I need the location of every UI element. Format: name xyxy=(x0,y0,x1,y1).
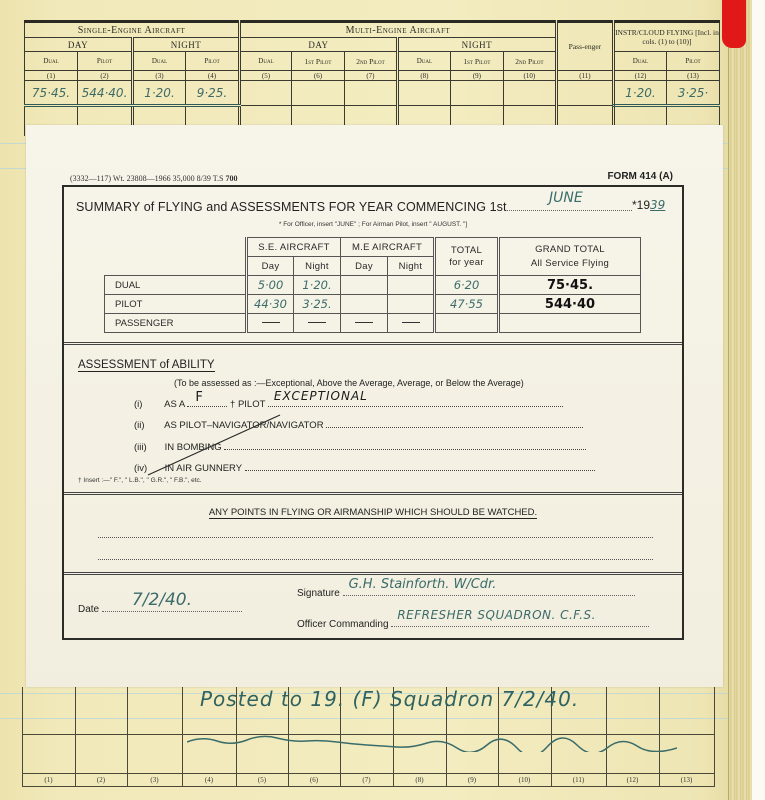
col-header: Pilot xyxy=(666,52,719,71)
row-label: PILOT xyxy=(105,295,247,314)
header-me-aircraft: M.E AIRCRAFT xyxy=(341,238,435,257)
col-number: (8) xyxy=(397,71,450,81)
me-night-value xyxy=(388,295,435,314)
col-number: (5) xyxy=(236,776,288,784)
header-instr-cloud: INSTR/CLOUD FLYING [Incl. in cols. (1) t… xyxy=(613,22,719,52)
row-label: DUAL xyxy=(105,276,247,295)
points-line xyxy=(98,559,653,560)
assessment-item-pilot: (i) AS A F † PILOT EXCEPTIONAL xyxy=(134,397,624,410)
col-number: (10) xyxy=(503,71,556,81)
se-day-value: 5·00 xyxy=(247,276,294,295)
total-value: 47·55 xyxy=(435,295,499,314)
header-me-day: DAY xyxy=(239,38,397,52)
col-header: Dual xyxy=(613,52,666,71)
col-header: 1st Pilot xyxy=(450,52,503,71)
col-header: Pilot xyxy=(77,52,132,71)
col-number: (1) xyxy=(22,776,75,784)
year-value: *1939 xyxy=(632,198,665,212)
total-cell: 1·20. xyxy=(613,81,666,106)
total-cell xyxy=(239,81,291,106)
total-cell xyxy=(397,81,450,106)
total-cell xyxy=(503,81,556,106)
se-night-value xyxy=(294,314,341,333)
header-se-aircraft: S.E. AIRCRAFT xyxy=(247,238,341,257)
total-cell: 9·25. xyxy=(185,81,239,106)
col-number: (12) xyxy=(613,71,666,81)
col-number: (2) xyxy=(75,776,127,784)
total-cell: 75·45. xyxy=(25,81,78,106)
col-number: (8) xyxy=(393,776,446,784)
signature-field: Signature G.H. Stainforth. W/Cdr. xyxy=(297,586,635,599)
col-header: Dual xyxy=(397,52,450,71)
header-total: TOTALfor year xyxy=(435,238,499,276)
header-passenger: Pass-enger xyxy=(556,22,613,71)
print-code: (3332—117) Wt. 23808—1966 35,000 8/39 T.… xyxy=(70,174,237,183)
grand-total-value: 75·45. xyxy=(499,276,641,295)
bottom-ledger: Posted to 19. (F) Squadron 7/2/40. (1) (… xyxy=(22,687,714,791)
row-dual: DUAL 5·00 1·20. 6·20 75·45. xyxy=(105,276,641,295)
form-box: SUMMARY of FLYING and ASSESSMENTS FOR YE… xyxy=(62,185,684,640)
pilot-type-value: F xyxy=(195,390,202,405)
col-number: (3) xyxy=(127,776,182,784)
me-day-value xyxy=(341,314,388,333)
header-multi-engine: Multi-Engine Aircraft xyxy=(239,22,556,38)
col-header: 2nd Pilot xyxy=(344,52,397,71)
section-divider xyxy=(64,492,682,495)
header-me-night: Night xyxy=(388,257,435,276)
points-line xyxy=(98,537,653,538)
col-number: (6) xyxy=(291,71,344,81)
ledger-header-table: Single-Engine Aircraft Multi-Engine Airc… xyxy=(24,20,720,136)
col-number: (3) xyxy=(133,71,186,81)
header-me-night: NIGHT xyxy=(397,38,556,52)
col-number: (13) xyxy=(659,776,714,784)
background-margin xyxy=(752,0,765,800)
me-day-value xyxy=(341,276,388,295)
section-divider xyxy=(64,572,682,575)
col-number: (1) xyxy=(25,71,78,81)
col-header: Dual xyxy=(133,52,186,71)
total-cell xyxy=(291,81,344,106)
total-cell xyxy=(556,81,613,106)
se-day-value xyxy=(247,314,294,333)
me-day-value xyxy=(341,295,388,314)
col-number: (4) xyxy=(182,776,236,784)
col-number: (6) xyxy=(288,776,340,784)
form-414a-sheet: (3332—117) Wt. 23808—1966 35,000 8/39 T.… xyxy=(26,125,723,687)
signature-value: G.H. Stainforth. W/Cdr. xyxy=(349,577,497,592)
form-number: FORM 414 (A) xyxy=(607,171,673,182)
col-header: 2nd Pilot xyxy=(503,52,556,71)
col-number: (12) xyxy=(606,776,659,784)
col-number: (5) xyxy=(239,71,291,81)
col-number: (7) xyxy=(340,776,393,784)
se-night-value: 3·25. xyxy=(294,295,341,314)
pilot-assessment-value: EXCEPTIONAL xyxy=(274,389,368,403)
grand-total-value xyxy=(499,314,641,333)
col-header: Pilot xyxy=(185,52,239,71)
se-night-value: 1·20. xyxy=(294,276,341,295)
section-divider xyxy=(64,342,682,345)
total-cell: 3·25· xyxy=(666,81,719,106)
col-number: (9) xyxy=(450,71,503,81)
grand-total-value: 544·40 xyxy=(499,295,641,314)
total-cell: 1·20. xyxy=(133,81,186,106)
header-grand-total: GRAND TOTALAll Service Flying xyxy=(499,238,641,276)
col-number: (2) xyxy=(77,71,132,81)
officer-commanding-field: Officer Commanding REFRESHER SQUADRON. C… xyxy=(297,617,649,630)
row-pilot: PILOT 44·30 3·25. 47·55 544·40 xyxy=(105,295,641,314)
header-me-day: Day xyxy=(341,257,388,276)
date-field: Date 7/2/40. xyxy=(78,602,242,615)
month-value: JUNE xyxy=(549,190,583,206)
summary-table: S.E. AIRCRAFT M.E AIRCRAFT TOTALfor year… xyxy=(104,237,641,333)
col-header: 1st Pilot xyxy=(291,52,344,71)
officer-commanding-value: REFRESHER SQUADRON. C.F.S. xyxy=(397,608,596,622)
strike-through-line xyxy=(144,411,284,481)
me-night-value xyxy=(388,314,435,333)
assessment-footnote: † Insert :—" F.", " L.B.", " G.R.", " F.… xyxy=(78,477,202,484)
col-number: (11) xyxy=(556,71,613,81)
total-cell xyxy=(344,81,397,106)
col-number: (7) xyxy=(344,71,397,81)
col-number: (13) xyxy=(666,71,719,81)
total-value: 6·20 xyxy=(435,276,499,295)
header-single-engine: Single-Engine Aircraft xyxy=(25,22,240,38)
wavy-line xyxy=(187,732,677,752)
header-se-night: Night xyxy=(294,257,341,276)
total-cell xyxy=(450,81,503,106)
total-value xyxy=(435,314,499,333)
me-night-value xyxy=(388,276,435,295)
row-label: PASSENGER xyxy=(105,314,247,333)
total-cell: 544·40. xyxy=(77,81,132,106)
se-day-value: 44·30 xyxy=(247,295,294,314)
col-number: (10) xyxy=(498,776,551,784)
red-tab-marker xyxy=(722,0,746,48)
header-se-day: Day xyxy=(247,257,294,276)
col-header: Dual xyxy=(25,52,78,71)
col-number: (11) xyxy=(551,776,606,784)
assessment-title: ASSESSMENT of ABILITY xyxy=(78,359,215,372)
header-se-day: DAY xyxy=(25,38,133,52)
col-number: (9) xyxy=(446,776,498,784)
col-header: Dual xyxy=(239,52,291,71)
col-number: (4) xyxy=(185,71,239,81)
posting-entry: Posted to 19. (F) Squadron 7/2/40. xyxy=(200,687,579,711)
row-passenger: PASSENGER xyxy=(105,314,641,333)
assessment-subtitle: (To be assessed as :—Exceptional, Above … xyxy=(174,378,524,388)
points-title: ANY POINTS IN FLYING OR AIRMANSHIP WHICH… xyxy=(64,507,682,518)
title-footnote: * For Officer, insert "JUNE" ; For Airma… xyxy=(64,221,682,228)
header-se-night: NIGHT xyxy=(133,38,240,52)
date-value: 7/2/40. xyxy=(132,590,192,610)
